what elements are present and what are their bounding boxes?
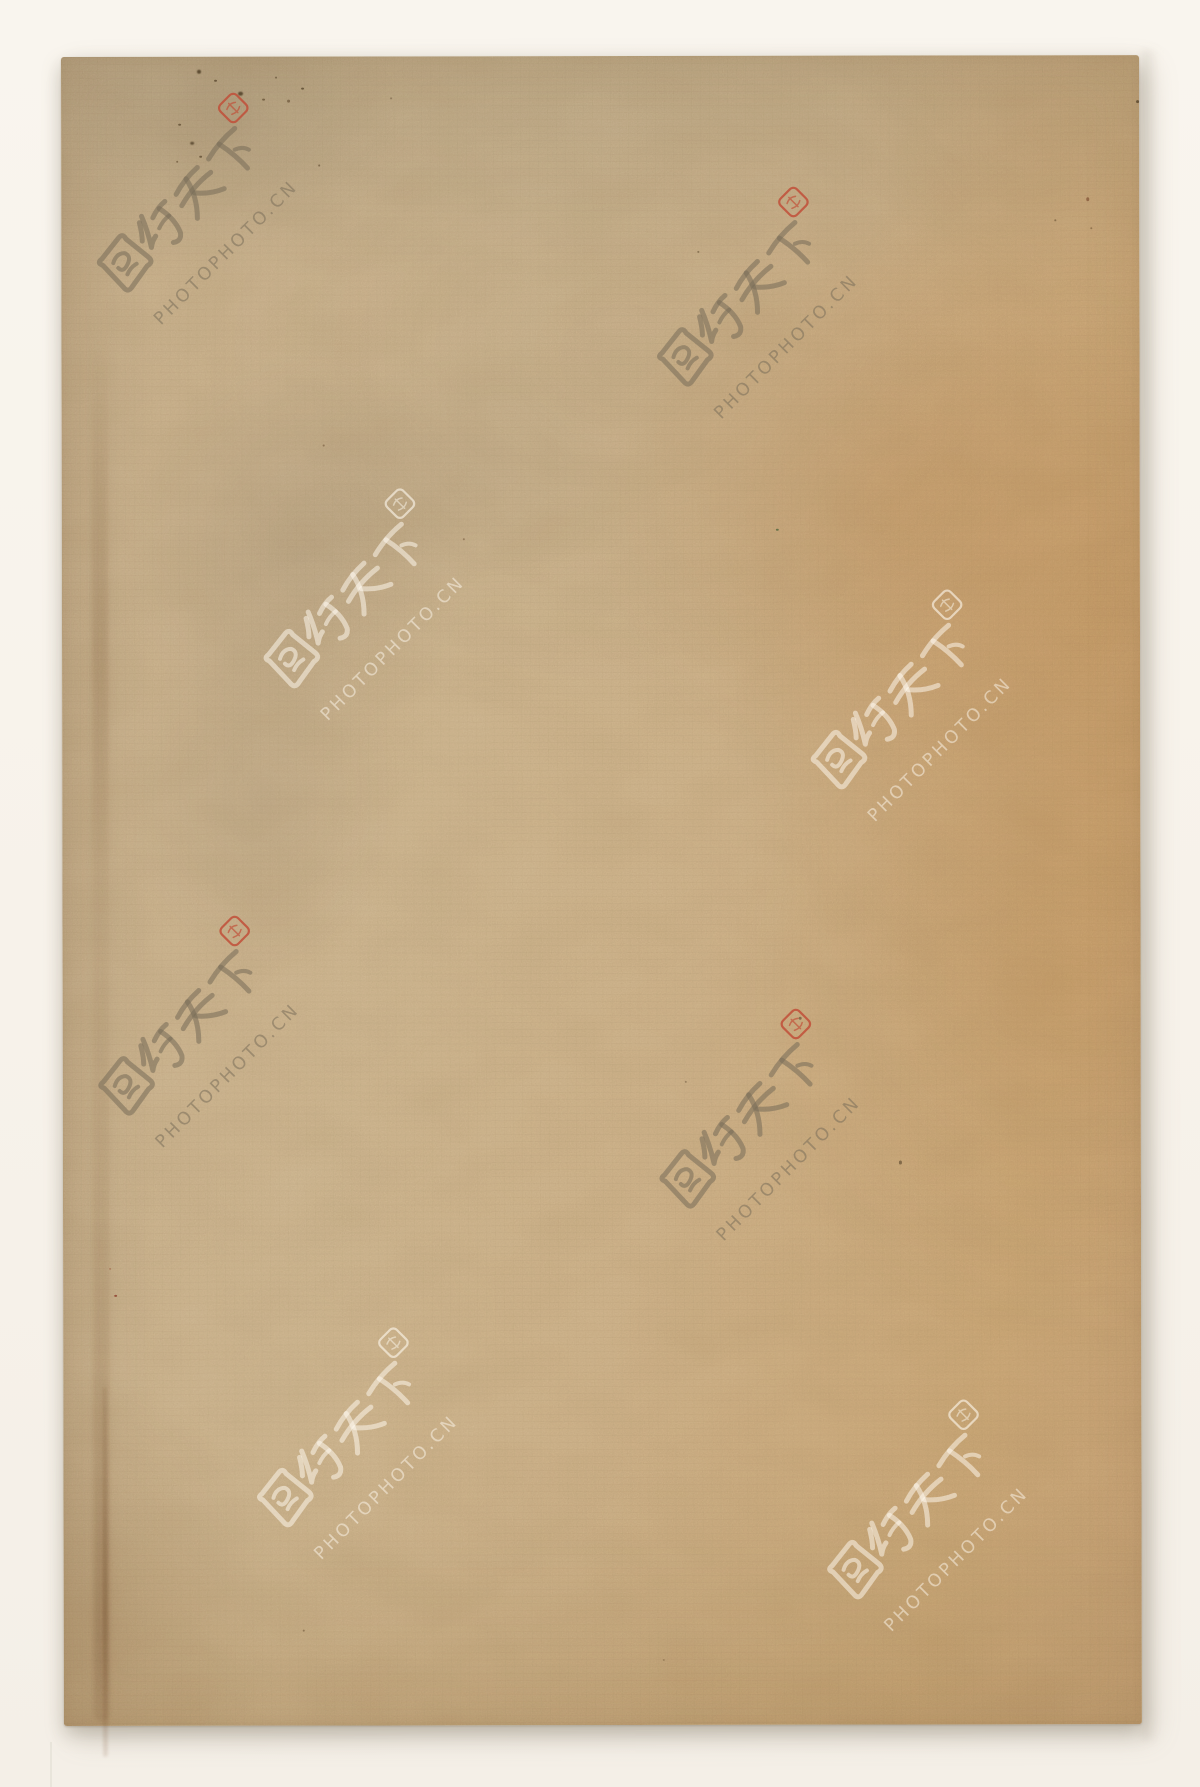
tuxingtianxia-calligraphy-icon	[810, 622, 976, 789]
watermark-url-text: PHOTOPHOTO.CN	[310, 1411, 462, 1564]
photo-scene: PHOTOPHOTO.CN图行天下PHOTOPHOTO.CN图行天下PHOTOP…	[0, 0, 1200, 1787]
watermark-url-text: PHOTOPHOTO.CN	[152, 1000, 304, 1153]
watermark-url-text: PHOTOPHOTO.CN	[710, 271, 862, 424]
watermark-url-text: PHOTOPHOTO.CN	[881, 1483, 1033, 1636]
watermark-url-text: PHOTOPHOTO.CN	[713, 1093, 865, 1246]
watermark-tuxingtianxia: PHOTOPHOTO.CN图行天下	[627, 191, 907, 471]
watermark-layer: PHOTOPHOTO.CN图行天下PHOTOPHOTO.CN图行天下PHOTOP…	[61, 55, 1142, 1726]
watermark-tuxingtianxia: PHOTOPHOTO.CN图行天下	[630, 1013, 910, 1293]
seal-stamp-icon	[931, 588, 964, 621]
seal-stamp-icon	[218, 915, 251, 948]
watermark-url-text: PHOTOPHOTO.CN	[864, 673, 1016, 826]
watermark-tuxingtianxia: PHOTOPHOTO.CN图行天下	[67, 97, 347, 377]
watermark-url-text: PHOTOPHOTO.CN	[317, 572, 469, 725]
watermark-tuxingtianxia: PHOTOPHOTO.CN图行天下	[227, 1331, 507, 1611]
seal-stamp-icon	[947, 1398, 980, 1431]
tuxingtianxia-calligraphy-icon	[98, 948, 264, 1115]
paper-edge-shadow	[1142, 50, 1162, 1740]
tuxingtianxia-calligraphy-icon	[826, 1432, 992, 1599]
tuxingtianxia-calligraphy-icon	[263, 521, 429, 688]
tuxingtianxia-calligraphy-icon	[656, 219, 822, 386]
tuxingtianxia-calligraphy-icon	[96, 125, 262, 292]
watermark-tuxingtianxia: PHOTOPHOTO.CN图行天下	[781, 593, 1061, 873]
seal-stamp-icon	[777, 186, 810, 219]
seal-stamp-icon	[217, 92, 250, 125]
aged-paper-sheet: PHOTOPHOTO.CN图行天下PHOTOPHOTO.CN图行天下PHOTOP…	[61, 55, 1142, 1726]
watermark-tuxingtianxia: PHOTOPHOTO.CN图行天下	[69, 919, 349, 1199]
background-crease-line	[50, 1742, 52, 1787]
seal-stamp-icon	[377, 1326, 410, 1359]
watermark-tuxingtianxia: PHOTOPHOTO.CN图行天下	[797, 1403, 1077, 1683]
seal-stamp-icon	[780, 1008, 813, 1041]
seal-stamp-icon	[384, 487, 417, 520]
watermark-tuxingtianxia: PHOTOPHOTO.CN图行天下	[234, 492, 514, 772]
tuxingtianxia-calligraphy-icon	[659, 1041, 825, 1208]
tuxingtianxia-calligraphy-icon	[256, 1360, 422, 1527]
watermark-url-text: PHOTOPHOTO.CN	[150, 177, 302, 330]
